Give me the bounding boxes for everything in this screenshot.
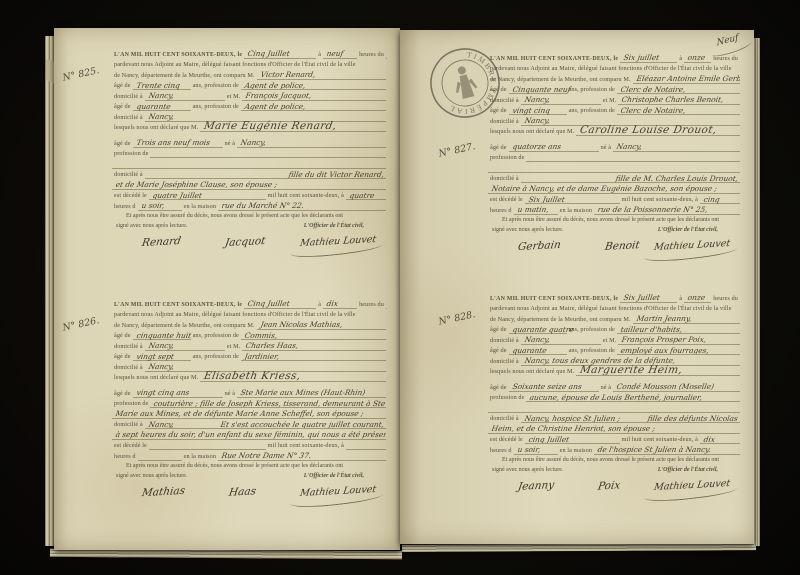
deceased-domicile-field: Nancy, hospice St Julien ;fille des défu… — [521, 413, 740, 423]
death-house-field: rue de la Poissonnerie N° 25, — [594, 205, 740, 215]
witness1-age-field: quarante quatre — [509, 324, 567, 334]
maison-text: en la maison — [560, 448, 592, 455]
signatures-row: GerbainBenoitMathieu Louvet — [488, 240, 740, 264]
officer-line: pardevant nous Adjoint au Maire, délégué… — [488, 63, 740, 74]
record-body: L'AN MIL HUIT CENT SOIXANTE-DEUX, leCinq… — [112, 298, 386, 510]
overflow-line — [112, 158, 386, 169]
left-page: N° 825. L'AN MIL HUIT CENT SOIXANTE-DEUX… — [54, 28, 400, 550]
profession-line: profession decouturière ; fille de Josep… — [112, 398, 386, 409]
deceased-name-line: lesquels nous ont déclaré que M.Marie Eu… — [112, 122, 386, 133]
at-text: à — [318, 302, 321, 309]
handwritten-filiation-overflow: à sept heures du soir, d'un enfant du se… — [112, 431, 386, 438]
overflow-line — [488, 162, 740, 173]
death-house-line: heures du matin,en la maisonrue de la Po… — [488, 204, 740, 215]
date-field: Six juillet — [620, 53, 677, 63]
handwritten-death-date: quatre Juillet — [149, 192, 206, 199]
page-stack-edge-bottom-right — [402, 543, 756, 552]
domiciled-text: domicilié à — [114, 115, 143, 122]
death-house-field: de l'hospice St Julien à Nancy. — [594, 445, 740, 455]
heures-text: heures d — [114, 454, 136, 461]
closing-sentence: Et après nous être assuré du décès, nous… — [112, 211, 386, 221]
birthplace-field: Condé Mousson (Moselle) — [613, 382, 740, 392]
opening-text: L'AN MIL HUIT CENT SOIXANTE-DEUX, le — [490, 296, 618, 302]
witness2-age-line: âgé dequaranteans, profession deemployé … — [488, 345, 740, 356]
heures-text: heures d — [490, 448, 512, 455]
witness1-signature: Renard — [141, 234, 182, 248]
witness1-name-field: Victor Renard, — [257, 70, 386, 80]
witness1-age-line: âgé decinquante huitans, profession deCo… — [112, 330, 386, 341]
death-hour-field: dix — [700, 434, 740, 444]
maison-text: en la maison — [184, 204, 216, 211]
witness1-signature: Mathias — [141, 484, 186, 498]
handwritten-death-house: rue de la Poissonnerie N° 25, — [594, 206, 711, 213]
ansprof-text: ans, profession de — [193, 333, 239, 340]
signatures-row: MathiasHaasMathieu Louvet — [112, 486, 386, 510]
date-field: Cinq Juillet — [244, 49, 316, 59]
profession-text: profession de — [490, 395, 524, 402]
profession-text: profession de — [114, 151, 148, 158]
handwritten-witness2-profession: employé aux fourrages, — [617, 347, 712, 354]
record-number: N° 826. — [61, 310, 101, 335]
record-body: L'AN MIL HUIT CENT SOIXANTE-DEUX, leSix … — [488, 52, 740, 264]
line3-text: de Nancy, département de la Meurthe, ont… — [490, 77, 631, 84]
witness1-age-line: âgé deCinquante neufans, profession deCl… — [488, 84, 740, 95]
witness1-name-line: de Nancy, département de la Meurthe, ont… — [112, 69, 386, 80]
witness1-domicile-field: Nancy, — [145, 341, 225, 351]
handwritten-witness1-name: Eléazar Antoine Emile Gerbain, — [633, 75, 740, 82]
death-house-field: rue du Marché N° 22. — [218, 201, 386, 211]
handwritten-witness2-profession: Agent de police, — [241, 103, 309, 110]
witness1-name-line: de Nancy, département de la Meurthe, ont… — [488, 73, 740, 84]
handwritten-filiation: fille des défunts Nicolas — [644, 415, 740, 422]
handwritten-hour: neuf — [323, 50, 347, 57]
overflow-field — [488, 403, 740, 413]
handwritten-witness2-age: quarante — [509, 347, 550, 354]
handwritten-death-hour: cinq — [700, 196, 723, 203]
deceased-domicile-line: domicilié àfille du dit Victor Renard, — [112, 169, 386, 180]
handwritten-witness2-profession: Clerc de Notaire, — [617, 107, 689, 114]
yearat-text: mil huit cent soixante-deux, à — [268, 193, 344, 200]
declared-text: lesquels nous ont déclaré que M. — [114, 125, 198, 132]
deceased-name-line: lesquels nous ont déclaré que M.Margueri… — [488, 366, 740, 377]
witness1-age-line: âgé dequarante quatreans, profession det… — [488, 324, 740, 335]
witness1-age-line: âgé deTrente cinqans, profession deAgent… — [112, 80, 386, 91]
deceased-age-field: vingt cinq ans — [133, 388, 223, 398]
deceased-age-field: quatorze ans — [509, 142, 599, 152]
handwritten-witness1-age: Cinquante neuf — [509, 86, 574, 93]
hoursof-text: heures du — [359, 52, 384, 59]
domiciled-text: domicilié à — [490, 119, 519, 126]
date-field: Cinq Juillet — [244, 299, 316, 309]
handwritten-death-period: u soir, — [138, 202, 168, 209]
witness1-signature: Jeanny — [517, 478, 555, 492]
handwritten-profession: aucune, épouse de Louis Berthené, journa… — [526, 394, 706, 401]
closing-line2: signé avec nous après lecture.L'Officier… — [112, 471, 386, 481]
signatures-row: RenardJacquotMathieu Louvet — [112, 236, 386, 260]
overflow-line — [488, 402, 740, 413]
opening-text: L'AN MIL HUIT CENT SOIXANTE-DEUX, le — [114, 52, 242, 58]
handwritten-witness2-age: vingt cinq — [509, 107, 554, 114]
deceased-age-line: âgé deSoixante seize ansné àCondé Mousso… — [488, 381, 740, 392]
witness1-profession-field: Commis, — [241, 330, 386, 340]
handwritten-death-house: de l'hospice St Julien à Nancy. — [594, 446, 715, 453]
died-text: est décédé le — [114, 443, 147, 450]
handwritten-filiation: fille de M. Charles Louis Drouot, — [612, 175, 740, 182]
birthplace-field: Nancy, — [237, 138, 386, 148]
handwritten-witness1-domicile: Nancy, — [521, 336, 554, 343]
andm-text: et M. — [227, 94, 241, 101]
heures-text: heures d — [490, 208, 512, 215]
declared-text: lesquels nous ont déclaré que M. — [490, 369, 574, 376]
witness2-profession-field: employé aux fourrages, — [617, 345, 740, 355]
death-hour-field — [346, 440, 386, 450]
officier-label: L'Officier de l'État civil, — [658, 465, 718, 475]
profession-field — [526, 152, 740, 162]
deceased-domicile-field: fille du dit Victor Renard, — [145, 169, 386, 179]
witness1-signature: Gerbain — [517, 238, 562, 252]
filiation-overflow-field: Heim, et de Christine Henriot, son épous… — [488, 424, 740, 434]
handwritten-witness2-age: vingt sept — [133, 353, 178, 360]
handwritten-filiation-overflow: Heim, et de Christine Henriot, son épous… — [488, 425, 659, 432]
witness1-domicile-field: Nancy, — [145, 91, 225, 101]
closing-signed-text: signé avec nous après lecture. — [116, 471, 187, 481]
witness1-name-line: de Nancy, département de la Meurthe, ont… — [488, 313, 740, 324]
hour-field: neuf — [323, 49, 357, 59]
handwritten-date: Six juillet — [620, 54, 663, 61]
handwritten-witness2-age: quarante — [133, 103, 174, 110]
domiciled-text: domicilié à — [490, 416, 519, 423]
death-period-field: u soir, — [138, 201, 182, 211]
witness1-profession-field: Agent de police, — [241, 80, 386, 90]
line2-text: pardevant nous Adjoint au Maire, délégué… — [114, 312, 356, 319]
hoursof-text: heures du — [359, 302, 384, 309]
handwritten-witness1-name: Martin Jeanny, — [633, 315, 695, 322]
witness2-name-line: domicilié àNancy,et M.Charles Haas, — [112, 340, 386, 351]
witness2-age-field: quarante — [133, 101, 191, 111]
date-line: L'AN MIL HUIT CENT SOIXANTE-DEUX, leSix … — [488, 292, 740, 303]
date-line: L'AN MIL HUIT CENT SOIXANTE-DEUX, leCinq… — [112, 48, 386, 59]
record-number: N° 828. — [437, 304, 477, 329]
domiciled-text: domicilié à — [114, 172, 143, 179]
handwritten-birthplace: Nancy, — [237, 139, 270, 146]
deceased-age-line: âgé dequatorze ansné àNancy, — [488, 141, 740, 152]
witness2-signature: Jacquot — [224, 234, 266, 248]
aged-text: âgé de — [114, 141, 131, 148]
witness2-profession-field: Agent de police, — [241, 101, 386, 111]
aged-text: âgé de — [490, 145, 507, 152]
handwritten-profession: couturière ; fille de Joseph Kriess, tis… — [150, 400, 386, 407]
officier-signature: Mathieu Louvet — [653, 237, 731, 252]
line2-text: pardevant nous Adjoint au Maire, délégué… — [114, 62, 356, 69]
closing-sentence: Et après nous être assuré du décès, nous… — [488, 455, 740, 465]
death-record-827: N° 827. L'AN MIL HUIT CENT SOIXANTE-DEUX… — [400, 52, 754, 264]
domiciled-text: domicilié à — [490, 176, 519, 183]
handwritten-birthplace: Condé Mousson (Moselle) — [613, 383, 718, 390]
at-text: à — [679, 56, 682, 63]
ansprof-text: ans, profession de — [193, 83, 239, 90]
death-hour-field: quatre — [346, 190, 386, 200]
marginal-annotation: Neuf — [710, 27, 742, 51]
officier-label: L'Officier de l'État civil, — [658, 225, 718, 235]
handwritten-deceased-domicile: Nancy, — [145, 421, 178, 428]
death-period-field: u matin, — [514, 205, 558, 215]
yearat-text: mil huit cent soixante-deux, à — [622, 197, 698, 204]
deceased-domicile-field: fille de M. Charles Louis Drouot, — [521, 173, 740, 183]
record-body: L'AN MIL HUIT CENT SOIXANTE-DEUX, leSix … — [488, 292, 740, 504]
aged-text: âgé de — [114, 83, 131, 90]
witness2-profession-field: Clerc de Notaire, — [617, 105, 740, 115]
handwritten-witness1-age: cinquante huit — [133, 332, 195, 339]
handwritten-witness1-profession: Clerc de Notaire, — [617, 86, 689, 93]
record-number-text: N° 827. — [438, 141, 477, 160]
ansprof-text: ans, profession de — [569, 348, 615, 355]
witness1-age-field: Trente cinq — [133, 80, 191, 90]
witness1-name-field: Jean Nicolas Mathias, — [257, 320, 386, 330]
right-page: TIMBRE IMPÉRIAL Neuf N° 827. L'AN MIL HU… — [400, 30, 754, 544]
deceased-age-line: âgé deTrois ans neuf moisné àNancy, — [112, 137, 386, 148]
deceased-domicile-line: domicilié àfille de M. Charles Louis Dro… — [488, 173, 740, 184]
closing-signed-text: signé avec nous après lecture. — [492, 465, 563, 475]
profession-field: aucune, épouse de Louis Berthené, journa… — [526, 392, 740, 402]
deceased-age-field: Trois ans neuf mois — [133, 138, 223, 148]
witness2-name-field: François Jacquot, — [242, 91, 386, 101]
handwritten-witness1-domicile: Nancy, — [145, 92, 178, 99]
domiciled-text: domicilié à — [490, 338, 519, 345]
deceased-name-field: Marguerite Heim, — [576, 363, 740, 376]
officier-signature: Mathieu Louvet — [299, 233, 377, 248]
handwritten-filiation: Et s'est accouchée le quatre juillet cou… — [217, 421, 386, 428]
deceased-name-field: Caroline Louise Drouot, — [576, 123, 740, 136]
witness2-age-line: âgé devingt cinqans, profession deClerc … — [488, 105, 740, 116]
filiation-overflow-field: et de Marie Joséphine Clause, son épouse… — [112, 180, 386, 190]
record-number-text: N° 826. — [62, 315, 101, 334]
death-record-825: N° 825. L'AN MIL HUIT CENT SOIXANTE-DEUX… — [54, 48, 400, 260]
filiation-overflow-line: à sept heures du soir, d'un enfant du se… — [112, 429, 386, 440]
death-date-field — [149, 440, 266, 450]
handwritten-deceased-age: Soixante seize ans — [509, 383, 585, 390]
date-line: L'AN MIL HUIT CENT SOIXANTE-DEUX, leSix … — [488, 52, 740, 63]
officier-signature: Mathieu Louvet — [299, 483, 377, 498]
witness1-name-field: Martin Jeanny, — [633, 314, 740, 324]
handwritten-deceased-age: Trois ans neuf mois — [133, 139, 214, 146]
born-text: né à — [601, 385, 612, 392]
birthplace-field: Ste Marie aux Mines (Haut-Rhin) — [237, 388, 386, 398]
death-house-field: Rue Notre Dame N° 37. — [218, 451, 386, 461]
handwritten-witness1-age: quarante quatre — [509, 326, 577, 333]
handwritten-date: Six Juillet — [620, 294, 663, 301]
handwritten-witness2-domicile: Nancy, — [521, 117, 554, 124]
hour-field: dix — [323, 299, 357, 309]
witness2-age-field: quarante — [509, 345, 567, 355]
profession-line: profession deaucune, épouse de Louis Ber… — [488, 392, 740, 403]
domiciled-text: domicilié à — [114, 422, 143, 429]
officier-signature: Mathieu Louvet — [653, 477, 731, 492]
maison-text: en la maison — [560, 208, 592, 215]
death-period-field — [138, 451, 182, 461]
handwritten-witness2-name: Christophe Charles Benoit, — [618, 96, 727, 103]
date-line: L'AN MIL HUIT CENT SOIXANTE-DEUX, leCinq… — [112, 298, 386, 309]
domiciled-text: domicilié à — [490, 98, 519, 105]
handwritten-filiation-overflow: et de Marie Joséphine Clause, son épouse… — [112, 181, 281, 188]
heures-text: heures d — [114, 204, 136, 211]
handwritten-overflow: Marie aux Mines, et de défunte Marie Ann… — [112, 410, 367, 417]
handwritten-birthplace: Ste Marie aux Mines (Haut-Rhin) — [237, 389, 369, 396]
death-period-field: u soir, — [514, 445, 558, 455]
handwritten-deceased-age: quatorze ans — [509, 143, 565, 150]
aged-text: âgé de — [490, 348, 507, 355]
handwritten-hour: onze — [684, 54, 709, 61]
line3-text: de Nancy, département de la Meurthe, ont… — [114, 323, 255, 330]
handwritten-witness2-name: François Prosper Poix, — [618, 336, 710, 343]
deceased-age-line: âgé devingt cinq ansné àSte Marie aux Mi… — [112, 387, 386, 398]
register-photo: N° 825. L'AN MIL HUIT CENT SOIXANTE-DEUX… — [0, 0, 800, 575]
overflow-field: Marie aux Mines, et de défunte Marie Ann… — [112, 409, 386, 419]
handwritten-date: Cinq Juillet — [244, 300, 293, 307]
profession-line: profession de — [488, 152, 740, 163]
profession-field: couturière ; fille de Joseph Kriess, tis… — [150, 398, 386, 408]
handwritten-filiation: fille du dit Victor Renard, — [285, 171, 386, 178]
deceased-domicile-line: domicilié àNancy, hospice St Julien ;fil… — [488, 413, 740, 424]
death-date-field: Six Juillet — [525, 194, 620, 204]
declared-text: lesquels nous ont déclaré que M. — [114, 375, 198, 382]
record-number: N° 827. — [437, 136, 477, 161]
date-field: Six Juillet — [620, 293, 677, 303]
profession-text: profession de — [490, 155, 524, 162]
filiation-overflow-line: et de Marie Joséphine Clause, son épouse… — [112, 179, 386, 190]
handwritten-death-date: Six Juillet — [525, 196, 568, 203]
opening-text: L'AN MIL HUIT CENT SOIXANTE-DEUX, le — [114, 302, 242, 308]
officier-label: L'Officier de l'État civil, — [304, 471, 364, 481]
deceased-domicile-line: domicilié àNancy,Et s'est accouchée le q… — [112, 419, 386, 430]
handwritten-witness2-domicile: Nancy, — [145, 363, 178, 370]
witness2-age-line: âgé dequaranteans, profession deAgent de… — [112, 101, 386, 112]
aged-text: âgé de — [490, 87, 507, 94]
born-text: né à — [225, 141, 236, 148]
handwritten-deceased-name: Marie Eugénie Renard, — [200, 121, 340, 132]
handwritten-hour: dix — [323, 300, 342, 307]
line3-text: de Nancy, département de la Meurthe, ont… — [114, 73, 255, 80]
andm-text: et M. — [603, 98, 617, 105]
deceased-name-field: Elisabeth Kriess, — [200, 369, 386, 382]
signatures-row: JeannyPoixMathieu Louvet — [488, 480, 740, 504]
deceased-age-field: Soixante seize ans — [509, 382, 599, 392]
aged-text: âgé de — [114, 333, 131, 340]
record-number-text: N° 825. — [62, 65, 101, 84]
officer-line: pardevant nous Adjoint au Maire, délégué… — [488, 303, 740, 314]
aged-text: âgé de — [114, 391, 131, 398]
witness2-name-field: François Prosper Poix, — [618, 335, 740, 345]
witness1-name-line: de Nancy, département de la Meurthe, ont… — [112, 319, 386, 330]
yearat-text: mil huit cent soixante-deux, à — [268, 443, 344, 450]
declared-text: lesquels nous ont déclaré que M. — [490, 129, 574, 136]
aged-text: âgé de — [490, 108, 507, 115]
handwritten-witness2-name: François Jacquot, — [242, 92, 315, 99]
witness2-name-line: domicilié àNancy,et M.François Jacquot, — [112, 90, 386, 101]
overflow-field — [488, 163, 740, 173]
yearat-text: mil huit cent soixante-deux, à — [622, 437, 698, 444]
witness2-age-field: vingt cinq — [509, 105, 567, 115]
domiciled-text: domicilié à — [490, 359, 519, 366]
handwritten-witness1-age: Trente cinq — [133, 82, 184, 89]
witness2-signature: Benoit — [604, 239, 640, 253]
born-text: né à — [601, 145, 612, 152]
death-date-line: est décédé lecinq Juilletmil huit cent s… — [488, 434, 740, 445]
hour-field: onze — [684, 293, 711, 303]
closing-sentence: Et après nous être assuré du décès, nous… — [112, 461, 386, 471]
annotation-text: Neuf — [713, 33, 741, 49]
handwritten-death-hour: dix — [700, 436, 719, 443]
death-date-line: est décédé lequatre Juilletmil huit cent… — [112, 190, 386, 201]
handwritten-deceased-age: vingt cinq ans — [133, 389, 193, 396]
closing-signed-text: signé avec nous après lecture. — [492, 225, 563, 235]
opening-text: L'AN MIL HUIT CENT SOIXANTE-DEUX, le — [490, 56, 618, 62]
ansprof-text: ans, profession de — [193, 104, 239, 111]
death-date-line: est décédé leSix Juilletmil huit cent so… — [488, 194, 740, 205]
witness1-profession-field: Clerc de Notaire, — [617, 84, 740, 94]
handwritten-deceased-name: Marguerite Heim, — [576, 365, 686, 376]
profession-line: profession de — [112, 148, 386, 159]
page-stack-edge-bottom-left — [50, 549, 402, 559]
profession-field — [150, 148, 386, 158]
handwritten-date: Cinq Juillet — [244, 50, 293, 57]
domiciled-text: domicilié à — [114, 344, 143, 351]
ansprof-text: ans, profession de — [569, 108, 615, 115]
death-record-826: N° 826. L'AN MIL HUIT CENT SOIXANTE-DEUX… — [54, 298, 400, 510]
death-hour-field: cinq — [700, 194, 740, 204]
handwritten-witness1-profession: Commis, — [241, 332, 281, 339]
died-text: est décédé le — [114, 193, 147, 200]
overflow-field — [112, 159, 386, 169]
died-text: est décédé le — [490, 197, 523, 204]
witness2-signature: Poix — [597, 479, 621, 492]
page-stack-edge-right — [754, 38, 760, 546]
died-text: est décédé le — [490, 437, 523, 444]
born-text: né à — [225, 391, 236, 398]
handwritten-deceased-name: Caroline Louise Drouot, — [576, 125, 720, 136]
death-house-line: heures du soir,en la maisonde l'hospice … — [488, 444, 740, 455]
line3-text: de Nancy, département de la Meurthe, ont… — [490, 317, 631, 324]
witness2-age-field: vingt sept — [133, 351, 191, 361]
death-date-field: quatre Juillet — [149, 190, 266, 200]
death-date-line: est décédé lemil huit cent soixante-deux… — [112, 440, 386, 451]
closing-line2: signé avec nous après lecture.L'Officier… — [488, 465, 740, 475]
death-date-field: cinq Juillet — [525, 434, 620, 444]
witness1-profession-field: tailleur d'habits, — [617, 324, 740, 334]
officer-line: pardevant nous Adjoint au Maire, délégué… — [112, 309, 386, 320]
witness2-signature: Haas — [228, 485, 257, 499]
deceased-name-line: lesquels nous ont déclaré que M.Caroline… — [488, 126, 740, 137]
at-text: à — [318, 52, 321, 59]
officier-label: L'Officier de l'État civil, — [304, 221, 364, 231]
aged-text: âgé de — [114, 354, 131, 361]
handwritten-hour: onze — [684, 294, 709, 301]
aged-text: âgé de — [114, 104, 131, 111]
record-body: L'AN MIL HUIT CENT SOIXANTE-DEUX, leCinq… — [112, 48, 386, 260]
witness2-name-field: Christophe Charles Benoit, — [618, 95, 740, 105]
record-number: N° 825. — [61, 60, 101, 85]
officer-line: pardevant nous Adjoint au Maire, délégué… — [112, 59, 386, 70]
domiciled-text: domicilié à — [114, 94, 143, 101]
handwritten-filiation-overflow: Notaire à Nancy, et de dame Eugénie Bazo… — [488, 185, 721, 192]
handwritten-deceased-name: Elisabeth Kriess, — [200, 371, 304, 382]
handwritten-witness1-profession: tailleur d'habits, — [617, 326, 686, 333]
maison-text: en la maison — [184, 454, 216, 461]
andm-text: et M. — [603, 338, 617, 345]
filiation-overflow-field: Notaire à Nancy, et de dame Eugénie Bazo… — [488, 184, 740, 194]
closing-line2: signé avec nous après lecture.L'Officier… — [112, 221, 386, 231]
death-house-line: heures du soir,en la maisonrue du Marché… — [112, 200, 386, 211]
page-stack-edge-left — [45, 36, 54, 546]
